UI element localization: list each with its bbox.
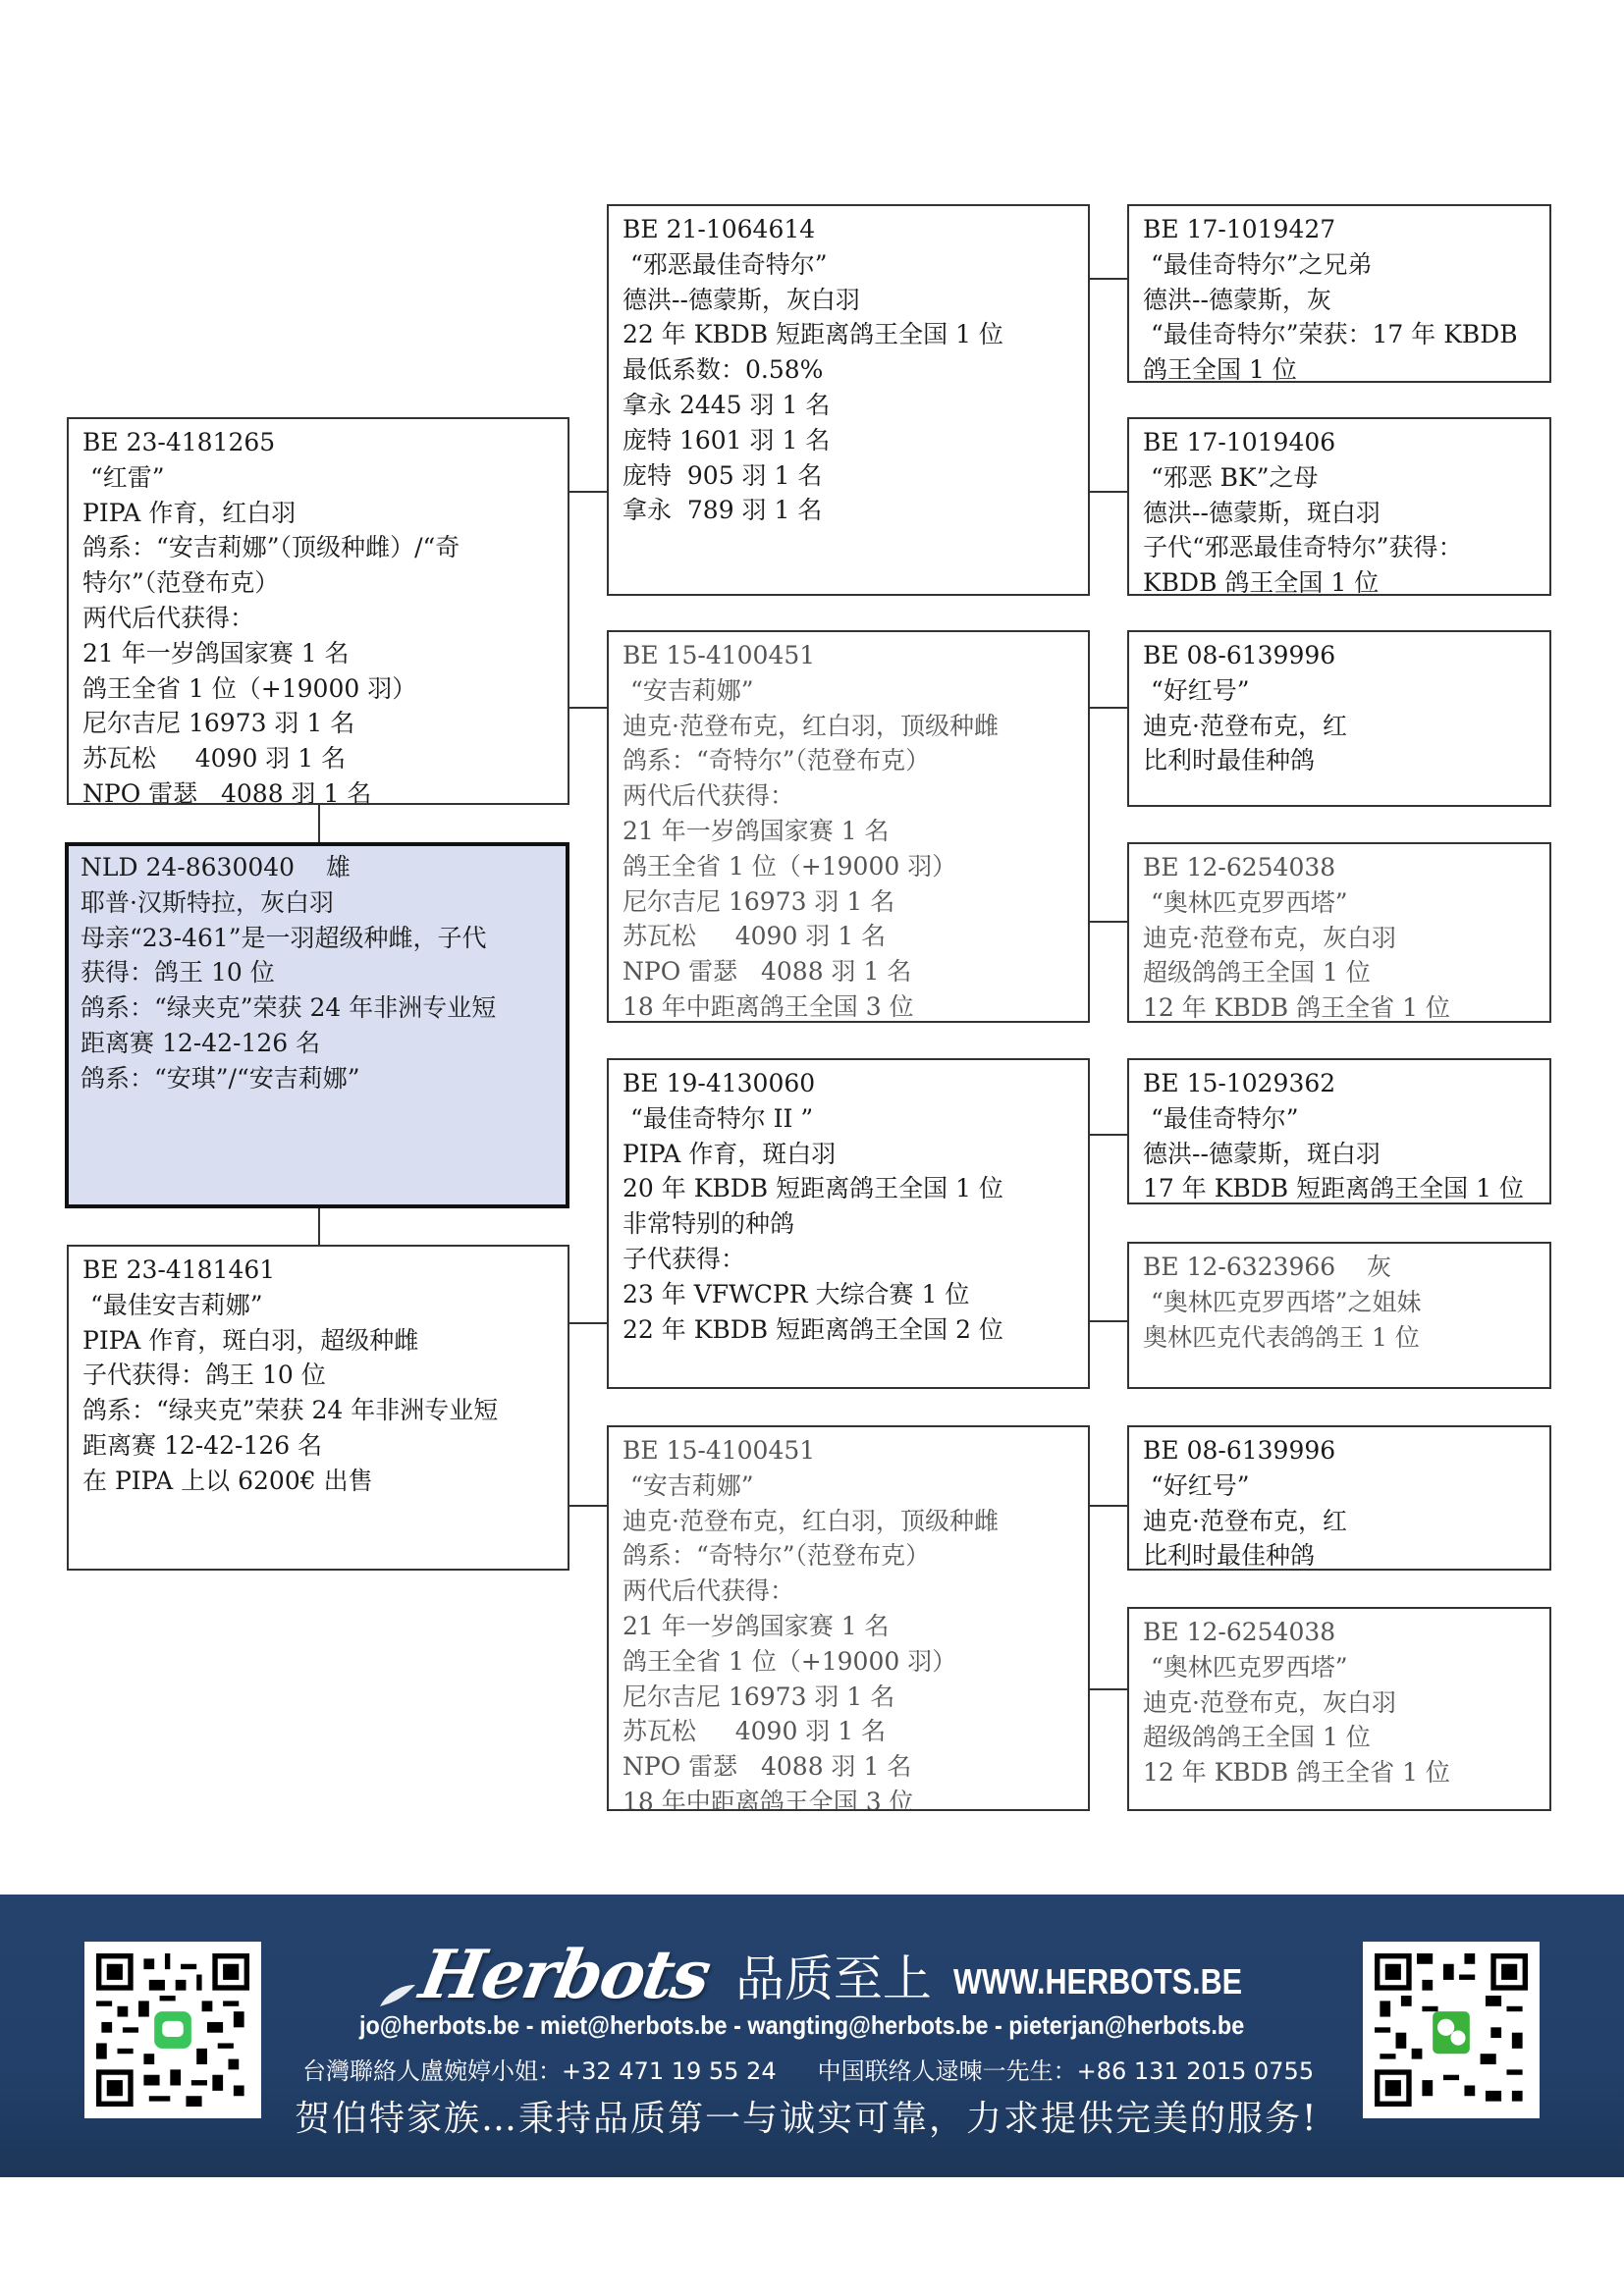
- pedigree-line: 德洪--德蒙斯，灰白羽: [623, 283, 1074, 318]
- pedigree-line: 鸽系：“安吉莉娜”（顶级种雌）/“奇: [82, 530, 554, 565]
- wechat-qr-code[interactable]: [1363, 1942, 1540, 2118]
- connector-line: [569, 491, 607, 493]
- sire-dam-box: BE 15-4100451 “安吉莉娜”迪克·范登布克，红白羽，顶级种雌鸽系：“…: [607, 630, 1090, 1023]
- brand-slogan: 品质至上: [735, 1948, 932, 2010]
- pedigree-line: PIPA 作育，斑白羽，超级种雌: [82, 1323, 554, 1359]
- pedigree-line: 奥林匹克代表鸽鸽王 1 位: [1143, 1320, 1536, 1356]
- pedigree-line: 母亲“23-461”是一羽超级种雌，子代: [81, 921, 554, 956]
- pedigree-line: “最佳奇特尔 II ”: [623, 1101, 1074, 1137]
- pedigree-line: 18 年中距离鸽王全国 3 位: [623, 989, 1074, 1023]
- pedigree-line: 鸽系：“奇特尔”（范登布克）: [623, 1538, 1074, 1574]
- pedigree-line: NPO 雷瑟 4088 羽 1 名: [623, 1749, 1074, 1785]
- gen3-box-5: BE 15-1029362 “最佳奇特尔”德洪--德蒙斯，斑白羽17 年 KBD…: [1127, 1058, 1551, 1204]
- pedigree-line: NPO 雷瑟 4088 羽 1 名: [82, 776, 554, 805]
- pedigree-line: “好红号”: [1143, 1468, 1536, 1504]
- connector-line: [569, 1322, 607, 1324]
- pedigree-line: KBDB 鸽王全国 1 位: [1143, 565, 1536, 596]
- pedigree-line: 鸽系：“绿夹克”荣获 24 年非洲专业短: [81, 990, 554, 1026]
- herbots-logo: Herbots: [415, 1940, 715, 2010]
- pedigree-line: 22 年 KBDB 短距离鸽王全国 2 位: [623, 1312, 1074, 1348]
- pedigree-line: 迪克·范登布克，灰白羽: [1143, 1685, 1536, 1721]
- connector-line: [318, 1208, 320, 1245]
- pedigree-line: BE 15-4100451: [623, 1433, 1074, 1468]
- pedigree-line: 比利时最佳种鸽: [1143, 743, 1536, 778]
- pedigree-line: 德洪--德蒙斯，斑白羽: [1143, 1137, 1536, 1172]
- subject-pigeon-box: NLD 24-8630040 雄耶普·汉斯特拉，灰白羽母亲“23-461”是一羽…: [65, 842, 569, 1208]
- pedigree-line: 两代后代获得：: [82, 601, 554, 636]
- sire-sire-box: BE 21-1064614 “邪恶最佳奇特尔”德洪--德蒙斯，灰白羽22 年 K…: [607, 204, 1090, 596]
- connector-line: [318, 805, 320, 842]
- pedigree-line: 拿永 2445 羽 1 名: [623, 388, 1074, 423]
- pedigree-line: 17 年 KBDB 短距离鸽王全国 1 位: [1143, 1171, 1536, 1204]
- pedigree-line: “邪恶最佳奇特尔”: [623, 247, 1074, 283]
- pedigree-line: 苏瓦松 4090 羽 1 名: [623, 919, 1074, 954]
- pedigree-line: 特尔”（范登布克）: [82, 565, 554, 601]
- qr-code-icon: [96, 1953, 249, 2107]
- connector-line: [569, 1505, 607, 1507]
- pedigree-line: 耶普·汉斯特拉，灰白羽: [81, 885, 554, 921]
- pedigree-line: 最低系数：0.58%: [623, 352, 1074, 388]
- pedigree-line: 比利时最佳种鸽: [1143, 1538, 1536, 1571]
- connector-line: [569, 707, 607, 709]
- pedigree-line: 20 年 KBDB 短距离鸽王全国 1 位: [623, 1171, 1074, 1206]
- sire-box: BE 23-4181265 “红雷”PIPA 作育，红白羽鸽系：“安吉莉娜”（顶…: [67, 417, 569, 805]
- pedigree-line: 迪克·范登布克，红: [1143, 1504, 1536, 1539]
- email-list[interactable]: jo@herbots.be - miet@herbots.be - wangti…: [359, 2010, 1244, 2041]
- gen3-box-2: BE 17-1019406 “邪恶 BK”之母德洪--德蒙斯，斑白羽子代“邪恶最…: [1127, 417, 1551, 596]
- pedigree-line: 鸽王全省 1 位（+19000 羽）: [623, 1644, 1074, 1680]
- pedigree-line: 庞特 905 羽 1 名: [623, 458, 1074, 494]
- pedigree-line: 21 年一岁鸽国家赛 1 名: [82, 636, 554, 671]
- pedigree-line: BE 15-4100451: [623, 638, 1074, 673]
- pedigree-line: “奥林匹克罗西塔”: [1143, 885, 1536, 921]
- pedigree-line: 德洪--德蒙斯，斑白羽: [1143, 496, 1536, 531]
- pedigree-line: BE 17-1019406: [1143, 425, 1536, 460]
- pedigree-line: “安吉莉娜”: [623, 673, 1074, 709]
- pedigree-line: 鸽系：“奇特尔”（范登布克）: [623, 743, 1074, 778]
- pedigree-line: 鸽王全国 1 位: [1143, 352, 1536, 383]
- pedigree-line: BE 12-6323966 灰: [1143, 1250, 1536, 1285]
- pedigree-line: 尼尔吉尼 16973 羽 1 名: [82, 706, 554, 741]
- pedigree-line: 迪克·范登布克，灰白羽: [1143, 921, 1536, 956]
- pedigree-line: BE 23-4181265: [82, 425, 554, 460]
- pedigree-line: 庞特 1601 羽 1 名: [623, 423, 1074, 458]
- connector-line: [1090, 921, 1127, 923]
- pedigree-line: 12 年 KBDB 鸽王全省 1 位: [1143, 1755, 1536, 1790]
- gen3-box-6: BE 12-6323966 灰 “奥林匹克罗西塔”之姐妹奥林匹克代表鸽鸽王 1 …: [1127, 1242, 1551, 1389]
- pedigree-line: 获得：鸽王 10 位: [81, 955, 554, 990]
- pedigree-line: 鸽王全省 1 位（+19000 羽）: [623, 849, 1074, 884]
- pedigree-line: 距离赛 12-42-126 名: [82, 1428, 554, 1464]
- gen3-box-3: BE 08-6139996 “好红号”迪克·范登布克，红比利时最佳种鸽: [1127, 630, 1551, 807]
- pedigree-line: 在 PIPA 上以 6200€ 出售: [82, 1464, 554, 1499]
- pedigree-line: 迪克·范登布克，红白羽，顶级种雌: [623, 709, 1074, 744]
- pedigree-line: “最佳奇特尔”: [1143, 1101, 1536, 1137]
- pedigree-line: “奥林匹克罗西塔”: [1143, 1650, 1536, 1685]
- pedigree-line: 迪克·范登布克，红: [1143, 709, 1536, 744]
- pedigree-line: 尼尔吉尼 16973 羽 1 名: [623, 1680, 1074, 1715]
- dam-sire-box: BE 19-4130060 “最佳奇特尔 II ”PIPA 作育，斑白羽20 年…: [607, 1058, 1090, 1389]
- connector-line: [1090, 707, 1127, 709]
- pedigree-line: 18 年中距离鸽王全国 3 位: [623, 1785, 1074, 1811]
- pedigree-line: 超级鸽鸽王全国 1 位: [1143, 955, 1536, 990]
- connector-line: [1090, 1320, 1127, 1322]
- pedigree-line: BE 12-6254038: [1143, 1615, 1536, 1650]
- website-link[interactable]: WWW.HERBOTS.BE: [953, 1953, 1242, 2010]
- pedigree-line: 距离赛 12-42-126 名: [81, 1026, 554, 1061]
- pedigree-line: 超级鸽鸽王全国 1 位: [1143, 1720, 1536, 1755]
- pedigree-line: “最佳奇特尔”之兄弟: [1143, 247, 1536, 283]
- pedigree-line: 子代获得：: [623, 1242, 1074, 1277]
- pedigree-line: 苏瓦松 4090 羽 1 名: [82, 741, 554, 776]
- connector-line: [1090, 1505, 1127, 1507]
- pedigree-line: BE 17-1019427: [1143, 212, 1536, 247]
- connector-line: [1090, 491, 1127, 493]
- pedigree-line: “最佳安吉莉娜”: [82, 1288, 554, 1323]
- dam-dam-box: BE 15-4100451 “安吉莉娜”迪克·范登布克，红白羽，顶级种雌鸽系：“…: [607, 1425, 1090, 1811]
- gen3-box-4: BE 12-6254038 “奥林匹克罗西塔”迪克·范登布克，灰白羽超级鸽鸽王全…: [1127, 842, 1551, 1023]
- pedigree-line: 迪克·范登布克，红白羽，顶级种雌: [623, 1504, 1074, 1539]
- pedigree-line: “红雷”: [82, 460, 554, 496]
- pedigree-line: 子代“邪恶最佳奇特尔”获得：: [1143, 530, 1536, 565]
- pedigree-line: “好红号”: [1143, 673, 1536, 709]
- pedigree-line: PIPA 作育，红白羽: [82, 496, 554, 531]
- pedigree-line: 鸽王全省 1 位（+19000 羽）: [82, 671, 554, 707]
- pedigree-line: 子代获得：鸽王 10 位: [82, 1358, 554, 1393]
- pedigree-line: BE 08-6139996: [1143, 1433, 1536, 1468]
- gen3-box-8: BE 12-6254038 “奥林匹克罗西塔”迪克·范登布克，灰白羽超级鸽鸽王全…: [1127, 1607, 1551, 1811]
- pedigree-line: BE 19-4130060: [623, 1066, 1074, 1101]
- pedigree-line: 德洪--德蒙斯，灰: [1143, 283, 1536, 318]
- pedigree-line: BE 12-6254038: [1143, 850, 1536, 885]
- line-qr-code[interactable]: [84, 1942, 261, 2118]
- pedigree-line: 苏瓦松 4090 羽 1 名: [623, 1714, 1074, 1749]
- contact-china: 中国联络人逯暕一先生：+86 131 2015 0755: [818, 2052, 1315, 2086]
- pedigree-line: “安吉莉娜”: [623, 1468, 1074, 1504]
- contact-numbers: 台灣聯絡人盧婉婷小姐：+32 471 19 55 24 中国联络人逯暕一先生：+…: [302, 2052, 1314, 2086]
- pedigree-line: 拿永 789 羽 1 名: [623, 493, 1074, 528]
- pedigree-line: 两代后代获得：: [623, 778, 1074, 814]
- pedigree-line: NPO 雷瑟 4088 羽 1 名: [623, 954, 1074, 989]
- pedigree-line: PIPA 作育，斑白羽: [623, 1137, 1074, 1172]
- pedigree-line: BE 08-6139996: [1143, 638, 1536, 673]
- pedigree-line: “奥林匹克罗西塔”之姐妹: [1143, 1285, 1536, 1320]
- pedigree-line: 两代后代获得：: [623, 1574, 1074, 1609]
- gen3-box-1: BE 17-1019427 “最佳奇特尔”之兄弟德洪--德蒙斯，灰 “最佳奇特尔…: [1127, 204, 1551, 383]
- pedigree-line: 鸽系：“安琪”/“安吉莉娜”: [81, 1061, 554, 1096]
- pedigree-line: 22 年 KBDB 短距离鸽王全国 1 位: [623, 317, 1074, 352]
- pedigree-line: 23 年 VFWCPR 大综合赛 1 位: [623, 1277, 1074, 1312]
- contact-taiwan: 台灣聯絡人盧婉婷小姐：+32 471 19 55 24: [302, 2052, 777, 2086]
- pedigree-line: BE 15-1029362: [1143, 1066, 1536, 1101]
- dam-box: BE 23-4181461 “最佳安吉莉娜”PIPA 作育，斑白羽，超级种雌子代…: [67, 1245, 569, 1571]
- pedigree-line: 鸽系：“绿夹克”荣获 24 年非洲专业短: [82, 1393, 554, 1428]
- pedigree-line: NLD 24-8630040 雄: [81, 850, 554, 885]
- pedigree-line: BE 21-1064614: [623, 212, 1074, 247]
- footer-banner: Herbots 品质至上 WWW.HERBOTS.BE jo@herbots.b…: [0, 1895, 1624, 2177]
- pedigree-line: 非常特别的种鸽: [623, 1206, 1074, 1242]
- pedigree-line: 21 年一岁鸽国家赛 1 名: [623, 814, 1074, 849]
- brand-header: Herbots 品质至上 WWW.HERBOTS.BE: [378, 1932, 1293, 2010]
- pedigree-line: BE 23-4181461: [82, 1253, 554, 1288]
- company-tagline: 贺伯特家族…秉持品质第一与诚实可靠，力求提供完美的服务!: [295, 2091, 1318, 2141]
- gen3-box-7: BE 08-6139996 “好红号”迪克·范登布克，红比利时最佳种鸽: [1127, 1425, 1551, 1571]
- connector-line: [1090, 278, 1127, 280]
- pedigree-line: 12 年 KBDB 鸽王全省 1 位: [1143, 990, 1536, 1023]
- connector-line: [1090, 1134, 1127, 1136]
- qr-code-icon: [1375, 1953, 1528, 2107]
- pedigree-line: 尼尔吉尼 16973 羽 1 名: [623, 884, 1074, 920]
- pedigree-line: 21 年一岁鸽国家赛 1 名: [623, 1609, 1074, 1644]
- feather-icon: [378, 1981, 417, 2010]
- pedigree-line: “最佳奇特尔”荣获：17 年 KBDB: [1143, 317, 1536, 352]
- pedigree-line: “邪恶 BK”之母: [1143, 460, 1536, 496]
- connector-line: [1090, 1688, 1127, 1690]
